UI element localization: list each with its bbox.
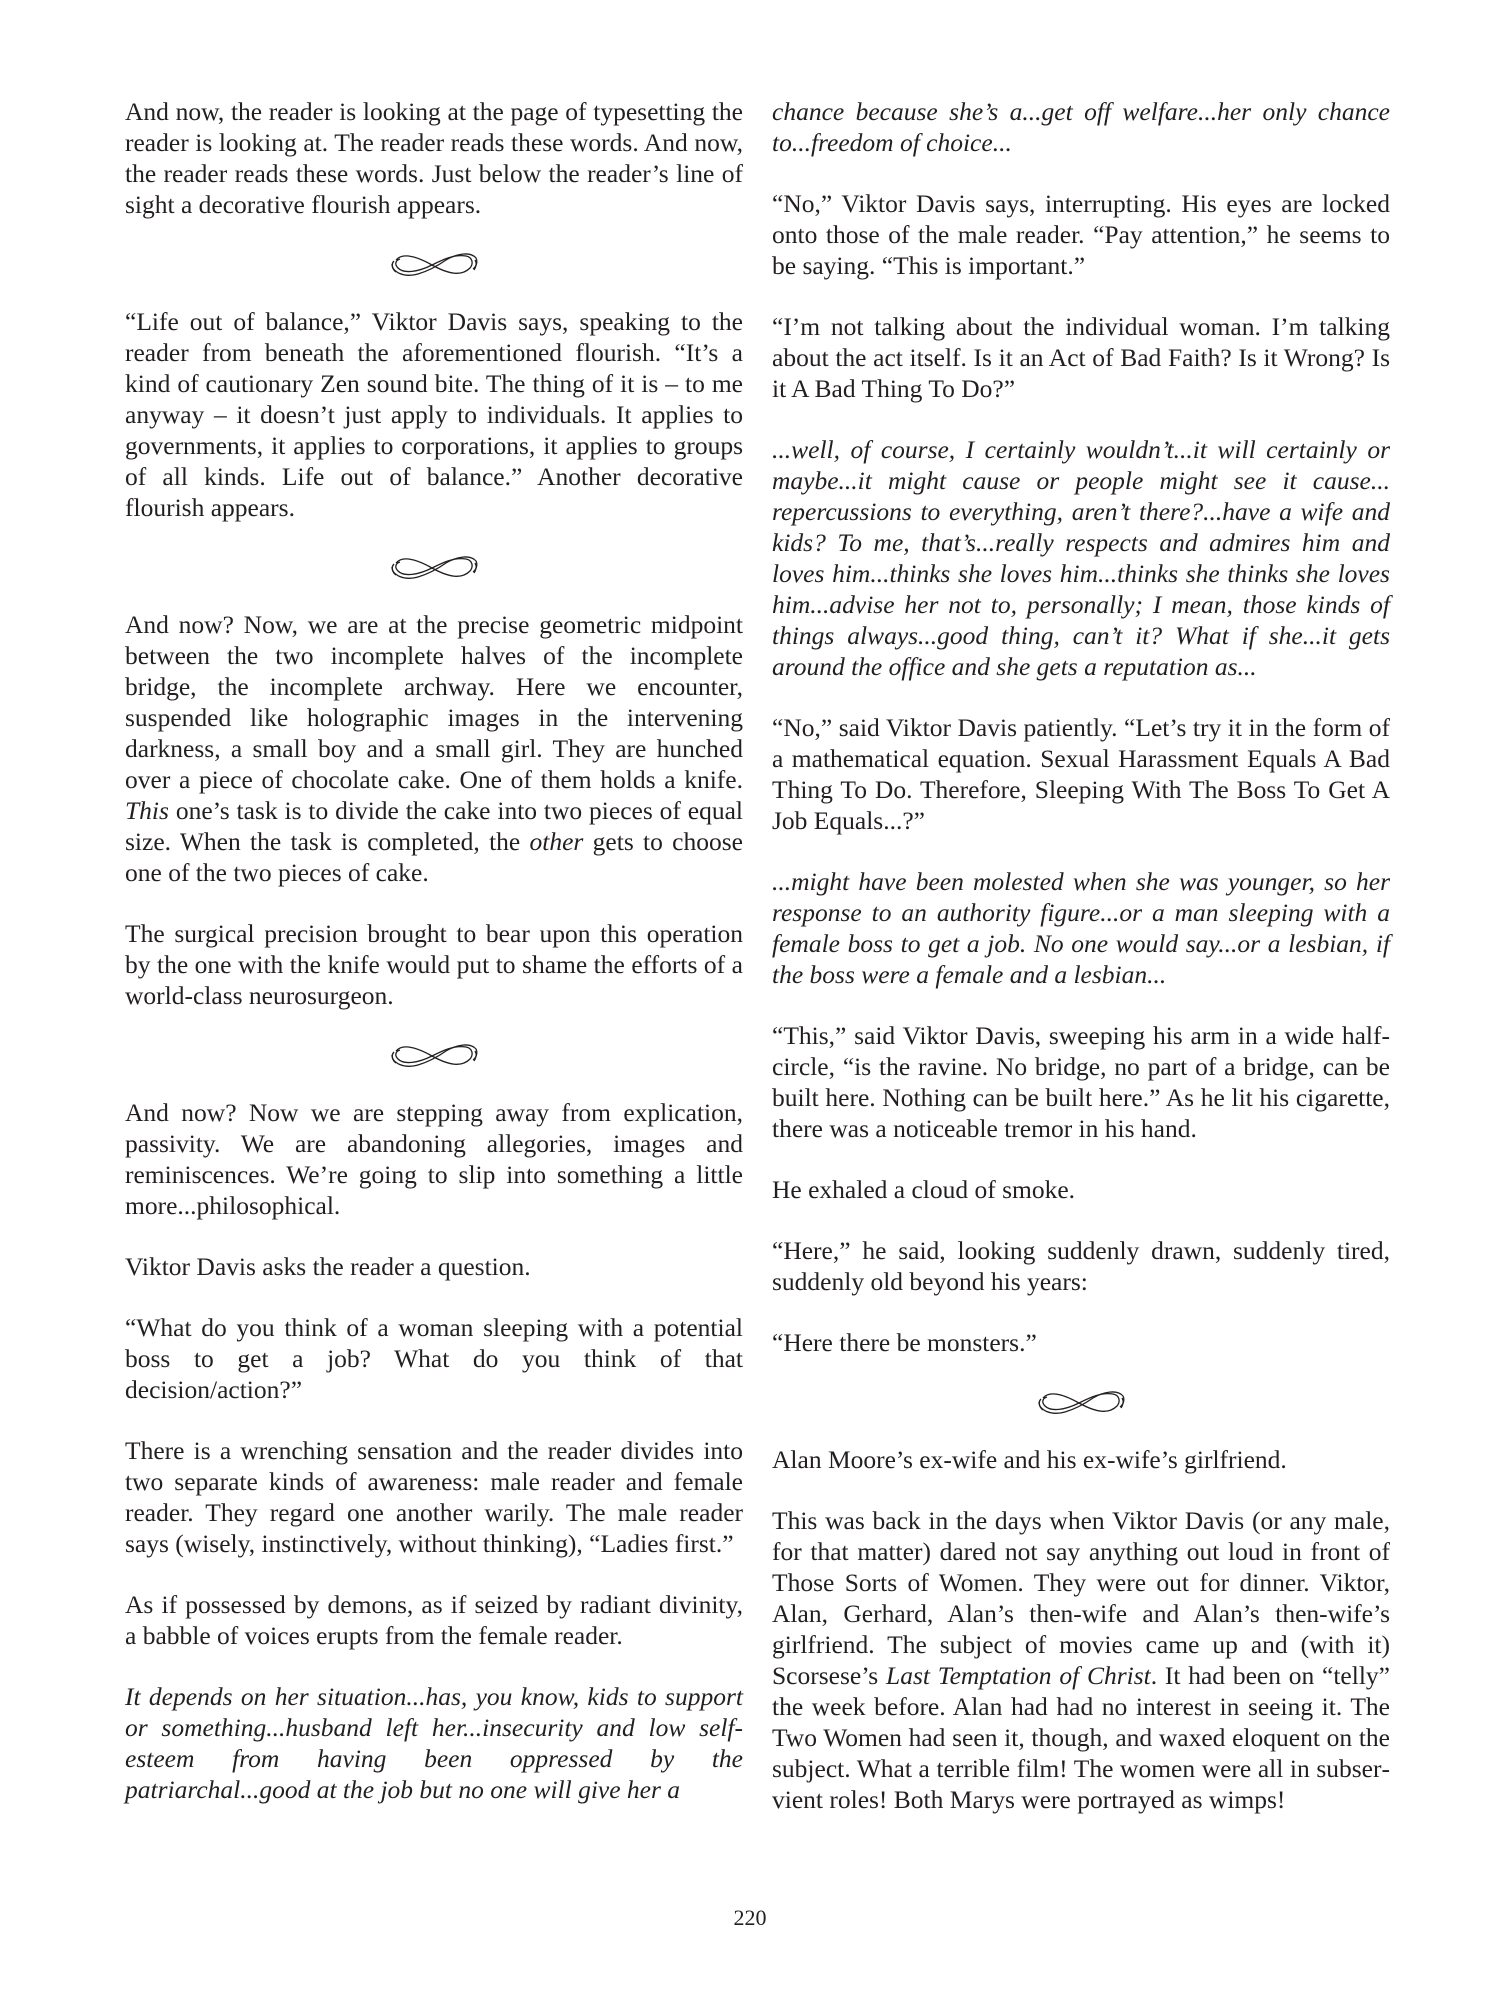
paragraph: And now? Now we are stepping away from e…	[125, 1097, 743, 1221]
paragraph: “What do you think of a woman sleeping w…	[125, 1312, 743, 1405]
paragraph: And now? Now, we are at the precise geom…	[125, 609, 743, 888]
page-number: 220	[0, 1905, 1500, 1931]
italic-paragraph: ...well, of course, I certainly wouldn’t…	[772, 434, 1390, 682]
infinity-flourish-icon	[388, 1041, 480, 1071]
paragraph: Alan Moore’s ex-wife and his ex-wife’s g…	[772, 1444, 1390, 1475]
paragraph: “Here there be monsters.”	[772, 1327, 1390, 1358]
paragraph: “I’m not talking about the individual wo…	[772, 311, 1390, 404]
paragraph: There is a wrenching sensation and the r…	[125, 1435, 743, 1559]
infinity-flourish-icon	[388, 553, 480, 583]
paragraph: This was back in the days when Viktor Da…	[772, 1505, 1390, 1815]
right-column: chance because she’s a...get off welfare…	[772, 96, 1390, 1845]
film-title: Last Temptation of Christ	[886, 1661, 1151, 1690]
book-page: And now, the reader is looking at the pa…	[0, 0, 1500, 2000]
emphasis: This	[125, 796, 169, 825]
paragraph: “No,” Viktor Davis says, interrupting. H…	[772, 188, 1390, 281]
paragraph: And now, the reader is looking at the pa…	[125, 96, 743, 220]
paragraph: The surgical precision brought to bear u…	[125, 918, 743, 1011]
paragraph: “Life out of balance,” Viktor Davis says…	[125, 306, 743, 523]
emphasis: other	[530, 827, 584, 856]
left-column: And now, the reader is looking at the pa…	[125, 96, 743, 1835]
paragraph: “No,” said Viktor Davis patiently. “Let’…	[772, 712, 1390, 836]
italic-paragraph: ...might have been molested when she was…	[772, 866, 1390, 990]
paragraph: He exhaled a cloud of smoke.	[772, 1174, 1390, 1205]
paragraph: As if possessed by demons, as if seized …	[125, 1589, 743, 1651]
infinity-flourish-icon	[1035, 1388, 1127, 1418]
paragraph: “This,” said Viktor Davis, sweeping his …	[772, 1020, 1390, 1144]
italic-paragraph: chance because she’s a...get off welfare…	[772, 96, 1390, 158]
paragraph: “Here,” he said, looking suddenly drawn,…	[772, 1235, 1390, 1297]
infinity-flourish-icon	[388, 250, 480, 280]
italic-paragraph: It depends on her situation...has, you k…	[125, 1681, 743, 1805]
paragraph: Viktor Davis asks the reader a question.	[125, 1251, 743, 1282]
